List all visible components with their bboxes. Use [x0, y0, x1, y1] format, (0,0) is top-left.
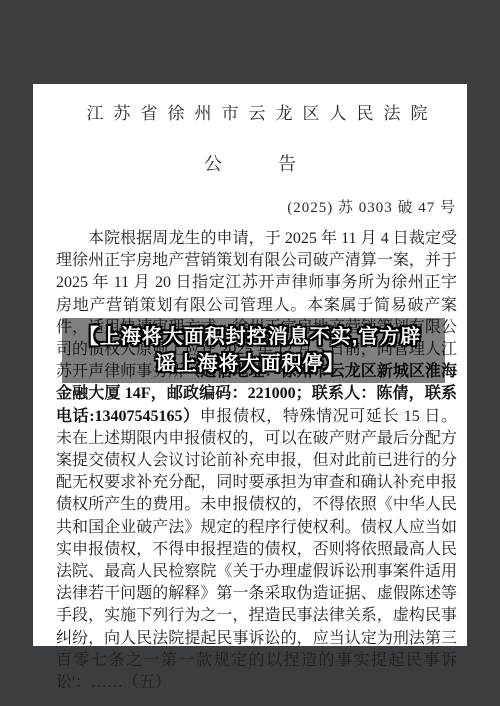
- announcement-title-char-left: 公: [204, 150, 222, 176]
- announcement-title: 公 告: [33, 150, 467, 176]
- headline-line-2: 谣上海将大面积停】: [30, 351, 470, 378]
- headline-overlay: 【上海将大面积封控消息不实,官方辟 谣上海将大面积停】: [30, 324, 470, 378]
- screenshot-background: 江苏省徐州市云龙区人民法院 公 告 (2025) 苏 0303 破 47 号 本…: [0, 0, 500, 706]
- court-name: 江苏省徐州市云龙区人民法院: [57, 99, 457, 124]
- headline-line-1: 【上海将大面积封控消息不实,官方辟: [30, 324, 470, 351]
- announcement-title-char-right: 告: [278, 150, 296, 176]
- body-text-part2: 申报债权，特殊情况可延长 15 日。未在上述期限内申报债权的，可以在破产财产最后…: [56, 408, 457, 691]
- case-number: (2025) 苏 0303 破 47 号: [287, 196, 456, 217]
- body-paragraph: 本院根据周龙生的申请，于 2025 年 11 月 4 日裁定受理徐州正宇房地产营…: [56, 228, 457, 694]
